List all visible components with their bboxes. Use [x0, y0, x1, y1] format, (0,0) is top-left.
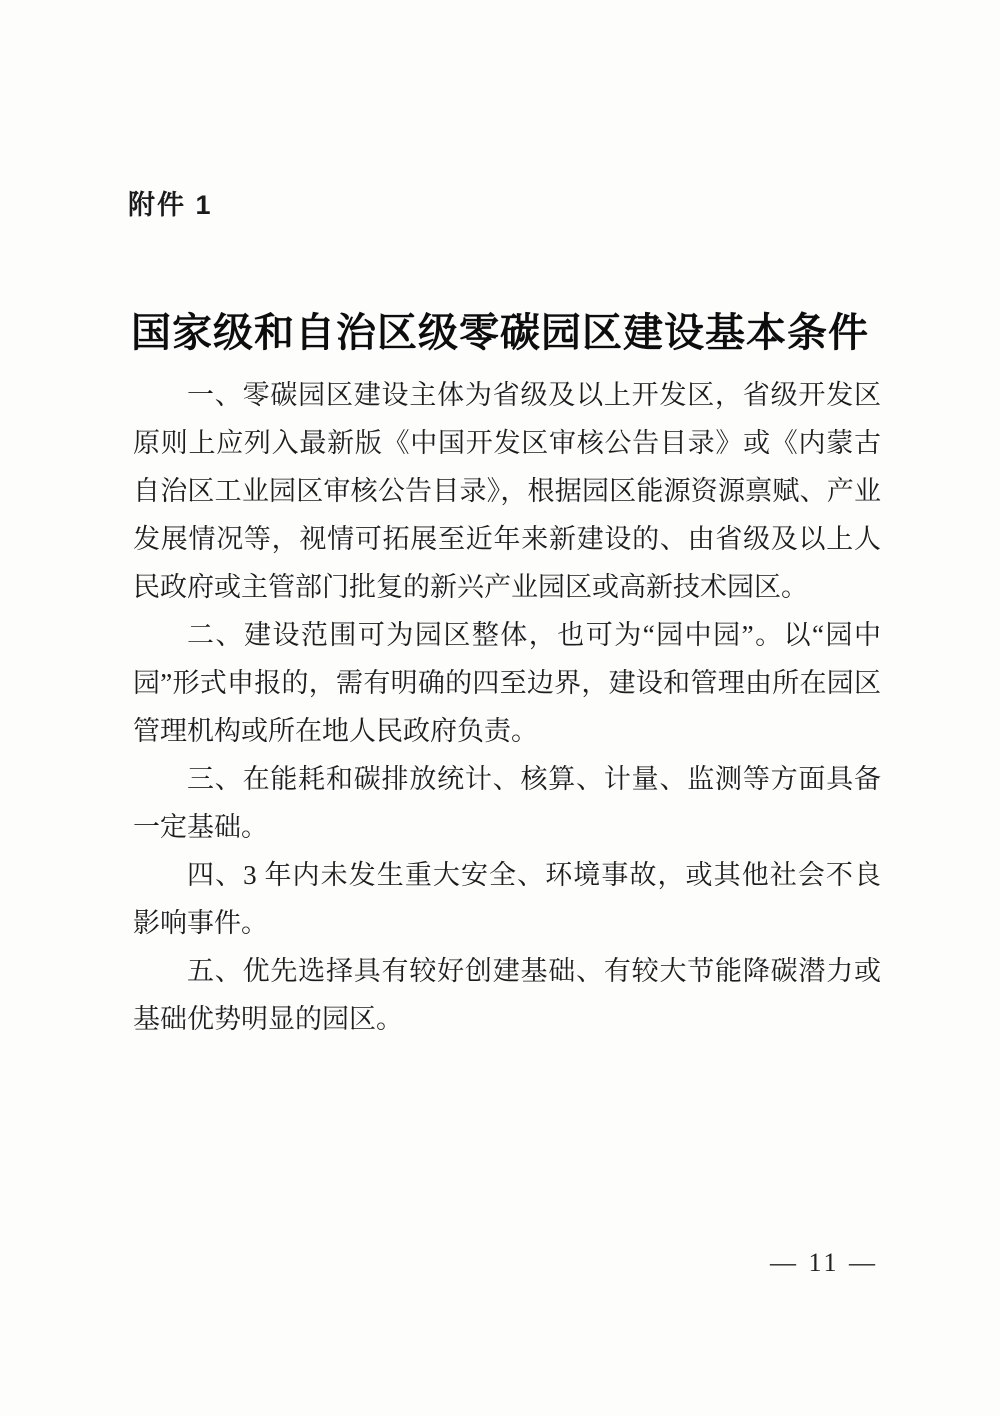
paragraph-2: 二、建设范围可为园区整体，也可为“园中园”。以“园中园”形式申报的，需有明确的四…	[133, 611, 881, 755]
document-title: 国家级和自治区级零碳园区建设基本条件	[0, 301, 1000, 358]
paragraph-4: 四、3 年内未发生重大安全、环境事故，或其他社会不良影响事件。	[133, 851, 881, 947]
paragraph-5: 五、优先选择具有较好创建基础、有较大节能降碳潜力或基础优势明显的园区。	[133, 947, 881, 1043]
document-page: 附件 1 国家级和自治区级零碳园区建设基本条件 一、零碳园区建设主体为省级及以上…	[0, 0, 1000, 1416]
paragraph-3: 三、在能耗和碳排放统计、核算、计量、监测等方面具备一定基础。	[133, 755, 881, 851]
document-body: 一、零碳园区建设主体为省级及以上开发区，省级开发区原则上应列入最新版《中国开发区…	[133, 371, 881, 1043]
paragraph-1: 一、零碳园区建设主体为省级及以上开发区，省级开发区原则上应列入最新版《中国开发区…	[133, 371, 881, 611]
attachment-label: 附件 1	[128, 183, 213, 222]
page-number: — 11 —	[770, 1248, 878, 1278]
